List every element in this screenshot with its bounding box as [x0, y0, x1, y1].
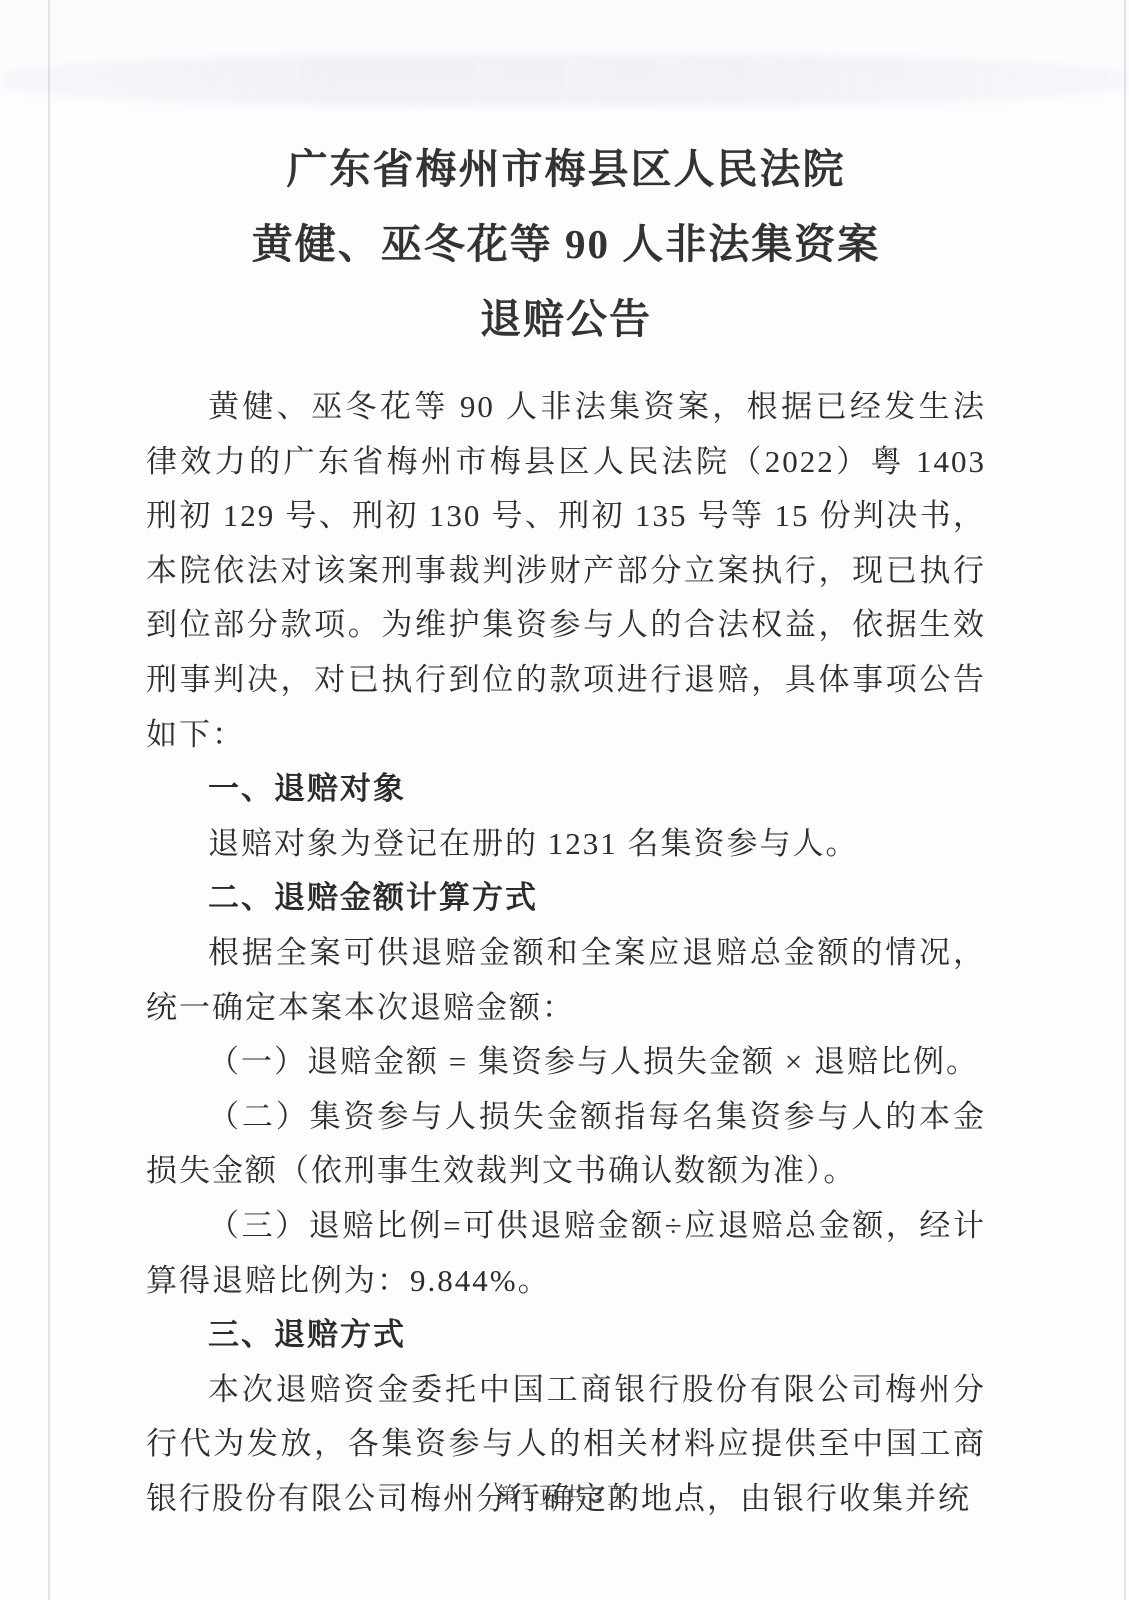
section-2-item-2: （二）集资参与人损失金额指每名集资参与人的本金损失金额（依刑事生效裁判文书确认数…	[146, 1090, 986, 1199]
document-page: 广东省梅州市梅县区人民法院 黄健、巫冬花等 90 人非法集资案 退赔公告 黄健、…	[0, 0, 1129, 1600]
scan-right-line-artifact	[1124, 0, 1126, 1600]
section-2-item-3: （三）退赔比例=可供退赔金额÷应退赔总金额，经计算得退赔比例为：9.844%。	[146, 1199, 986, 1308]
section-heading-1: 一、退赔对象	[146, 762, 986, 817]
document-body: 黄健、巫冬花等 90 人非法集资案，根据已经发生法律效力的广东省梅州市梅县区人民…	[146, 380, 986, 1526]
title-court-name: 广东省梅州市梅县区人民法院	[146, 132, 986, 207]
section-2-intro-paragraph: 根据全案可供退赔金额和全案应退赔总金额的情况，统一确定本案本次退赔金额：	[146, 926, 986, 1035]
section-heading-2: 二、退赔金额计算方式	[146, 871, 986, 926]
title-doc-type: 退赔公告	[146, 282, 986, 357]
document-title-block: 广东省梅州市梅县区人民法院 黄健、巫冬花等 90 人非法集资案 退赔公告	[146, 132, 986, 357]
section-heading-3: 三、退赔方式	[146, 1308, 986, 1363]
page-number-indicator: 第1页共3页	[0, 1479, 1129, 1510]
section-1-paragraph: 退赔对象为登记在册的 1231 名集资参与人。	[146, 817, 986, 872]
section-2-item-1: （一）退赔金额 = 集资参与人损失金额 × 退赔比例。	[146, 1035, 986, 1090]
document-content: 广东省梅州市梅县区人民法院 黄健、巫冬花等 90 人非法集资案 退赔公告 黄健、…	[146, 132, 986, 1526]
title-case-name: 黄健、巫冬花等 90 人非法集资案	[146, 207, 986, 282]
intro-paragraph: 黄健、巫冬花等 90 人非法集资案，根据已经发生法律效力的广东省梅州市梅县区人民…	[146, 380, 986, 762]
scan-bleed-artifact	[0, 54, 1129, 106]
scan-left-line-artifact	[48, 0, 50, 1600]
